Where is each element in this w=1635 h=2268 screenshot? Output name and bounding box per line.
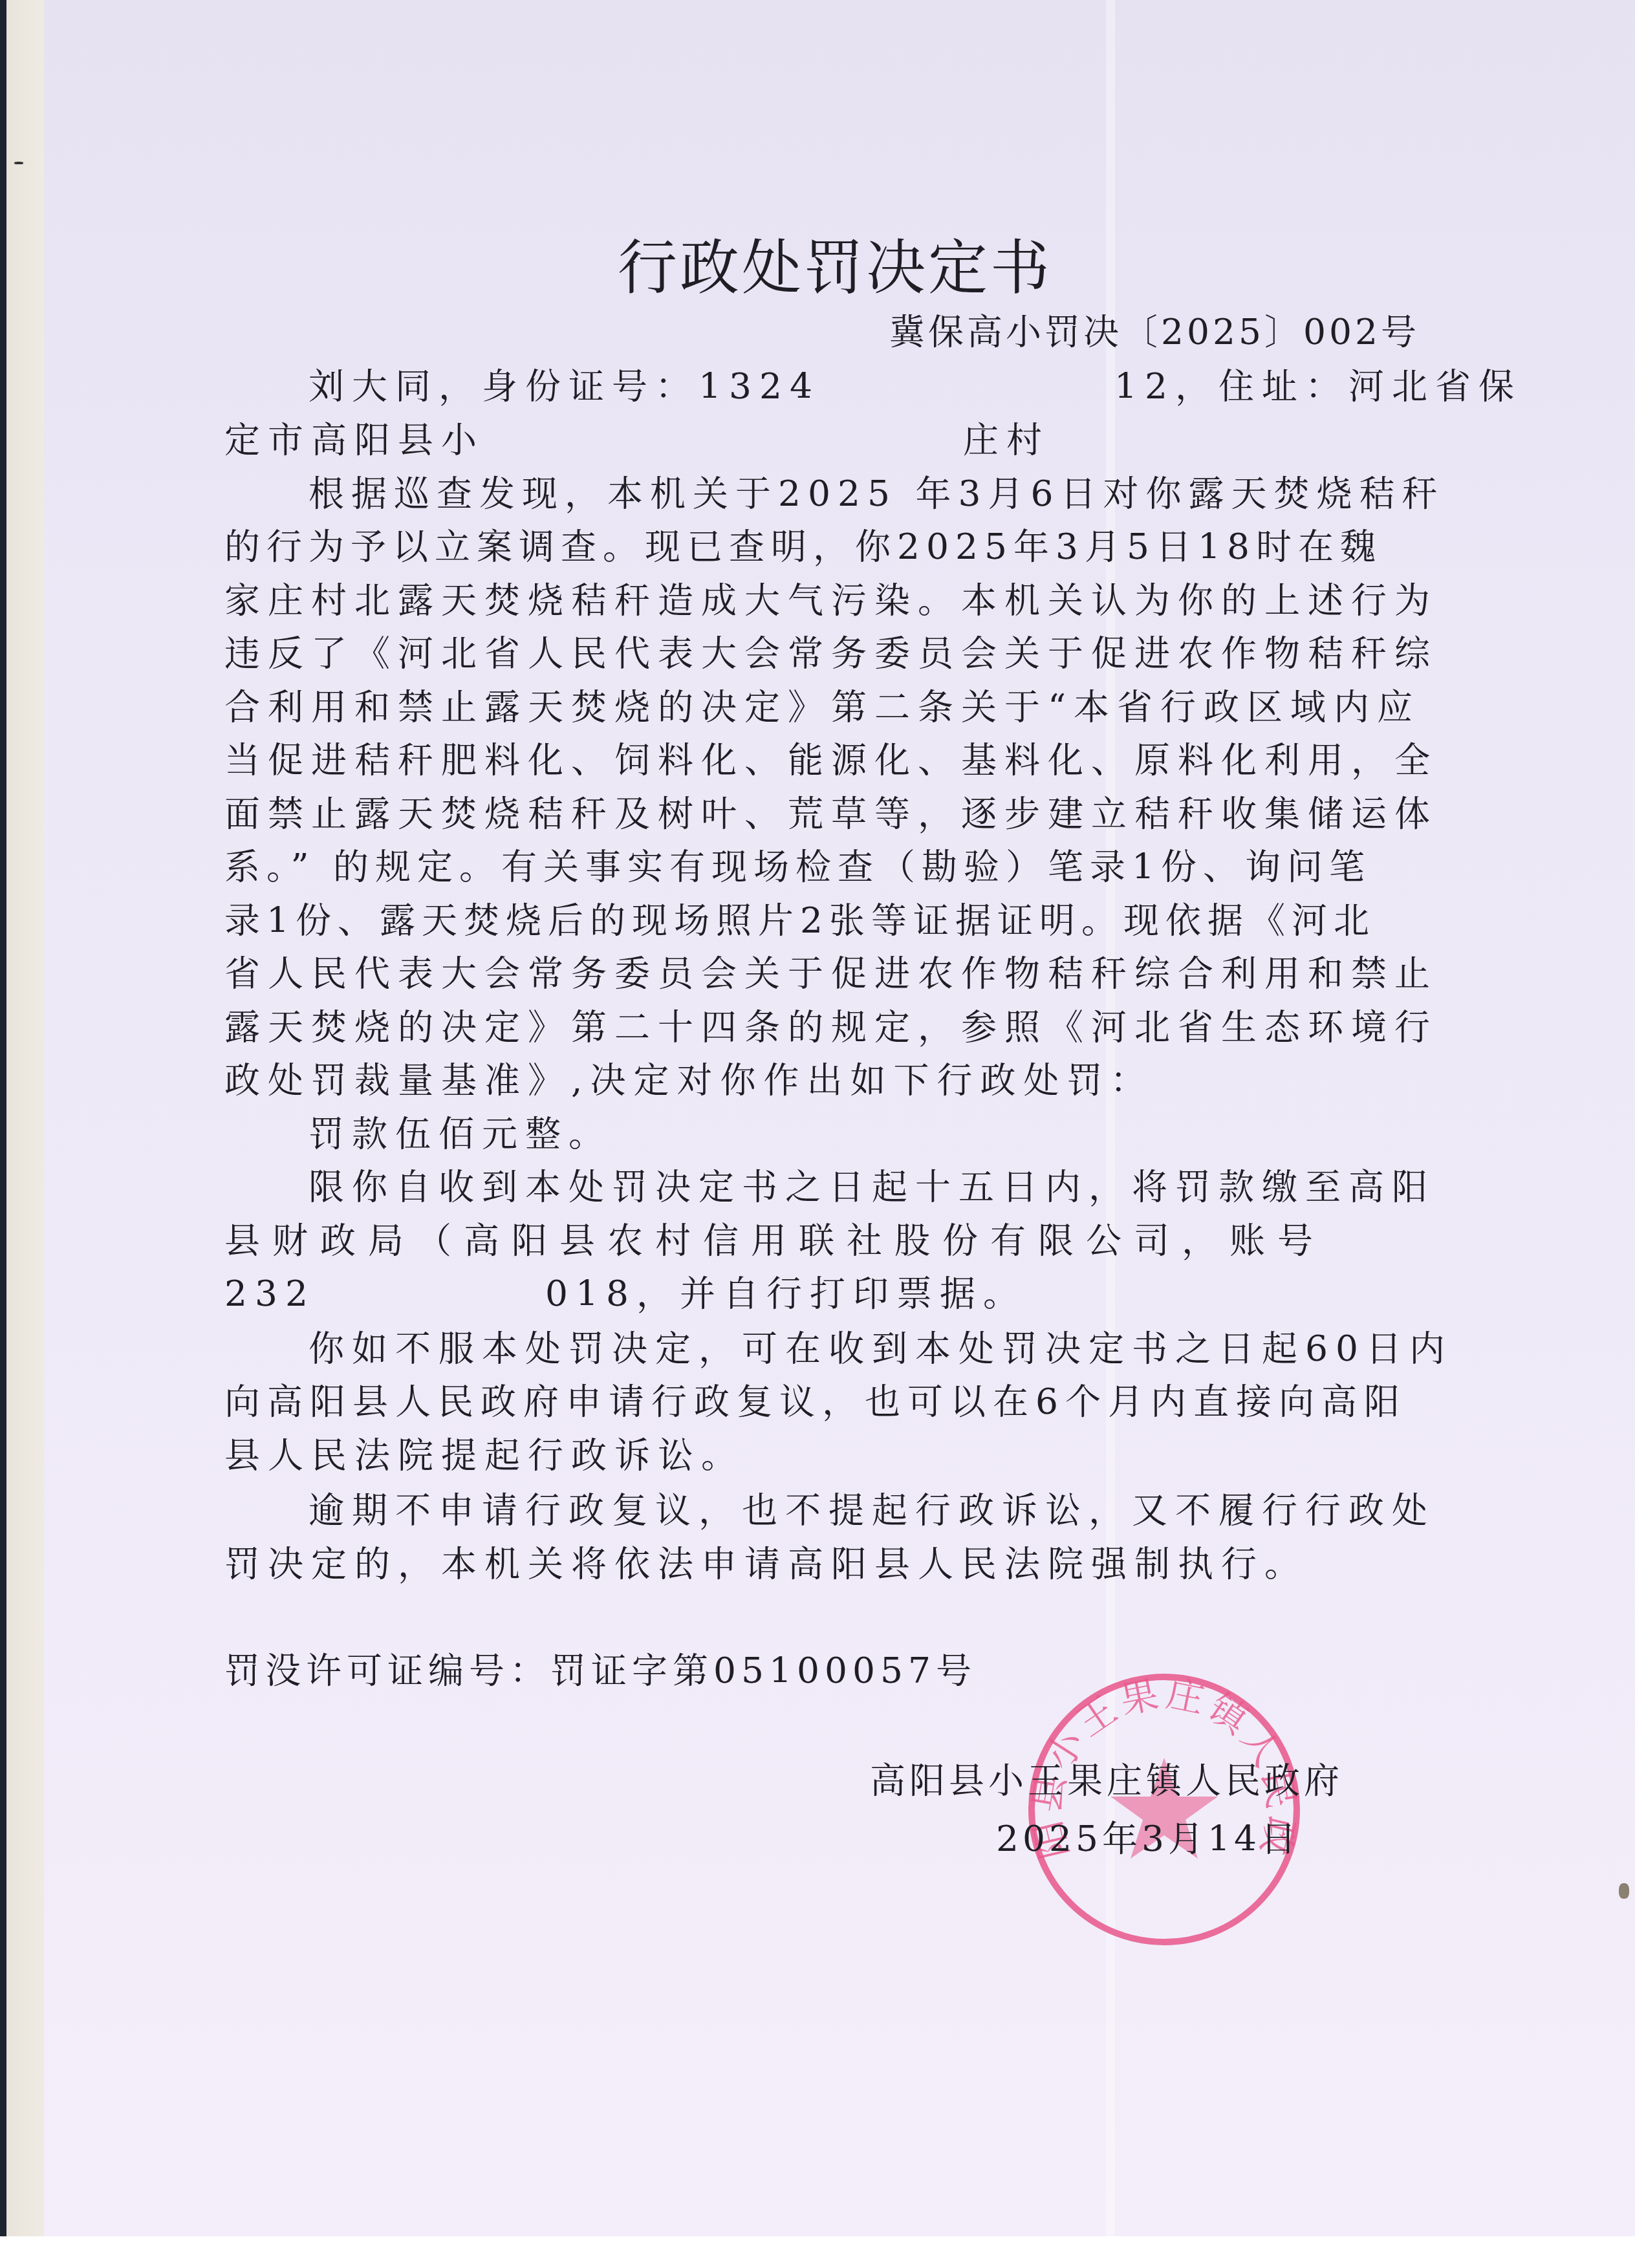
body-line: 省人民代表大会常务委员会关于促进农作物秸秆综合利用和禁止 bbox=[224, 951, 1438, 996]
body-line: 当促进秸秆肥料化、饲料化、能源化、基料化、原料化利用，全 bbox=[224, 737, 1438, 783]
body-line: 根据巡查发现，本机关于2025 年3月6日对你露天焚烧秸秆 bbox=[309, 471, 1444, 516]
body-line: 面禁止露天焚烧秸秆及树叶、荒草等，逐步建立秸秆收集储运体 bbox=[224, 791, 1438, 836]
address-suffix: 庄村 bbox=[963, 419, 1050, 460]
party-line-1: 刘大同，身份证号：132412，住址：河北省保 bbox=[309, 363, 1522, 409]
account-line: 232018，并自行打印票据。 bbox=[224, 1271, 1026, 1316]
appeal-line: 县人民法院提起行政诉讼。 bbox=[224, 1432, 744, 1478]
scan-margin bbox=[6, 0, 44, 2236]
body-line: 合利用和禁止露天焚烧的决定》第二条关于“本省行政区域内应 bbox=[224, 684, 1420, 729]
redacted-address bbox=[484, 424, 963, 462]
penalty-line: 罚款伍佰元整。 bbox=[309, 1111, 612, 1156]
enforcement-line: 逾期不申请行政复议，也不提起行政诉讼，又不履行行政处 bbox=[309, 1487, 1435, 1533]
body-line: 露天焚烧的决定》第二十四条的规定，参照《河北省生态环境行 bbox=[224, 1004, 1438, 1050]
party-line-2: 定市高阳县小庄村 bbox=[224, 417, 1050, 462]
scan-edge bbox=[0, 0, 6, 2236]
redacted-account bbox=[316, 1277, 545, 1316]
issue-date: 2025年3月14日 bbox=[996, 1816, 1300, 1861]
document-number: 冀保高小罚决〔2025〕002号 bbox=[889, 309, 1420, 354]
scan-speck bbox=[1619, 1883, 1629, 1899]
payment-line: 县财政局（高阳县农村信用联社股份有限公司，账号 bbox=[224, 1218, 1325, 1263]
body-line: 家庄村北露天焚烧秸秆造成大气污染。本机关认为你的上述行为 bbox=[224, 578, 1438, 623]
body-line: 系。” 的规定。有关事实有现场检查（勘验）笔录1份、询问笔 bbox=[224, 844, 1371, 889]
body-line: 的行为予以立案调查。现已查明，你2025年3月5日18时在魏 bbox=[224, 524, 1382, 569]
id-number-suffix: 12，住址：河北省保 bbox=[1114, 365, 1522, 407]
scan-speck bbox=[14, 162, 23, 164]
address-prefix: 定市高阳县小 bbox=[224, 419, 484, 460]
payment-line: 限你自收到本处罚决定书之日起十五日内，将罚款缴至高阳 bbox=[309, 1164, 1435, 1209]
appeal-line: 向高阳县人民政府申请行政复议，也可以在6个月内直接向高阳 bbox=[224, 1379, 1407, 1424]
redacted-id bbox=[820, 370, 1114, 409]
issuer-name: 高阳县小王果庄镇人民政府 bbox=[870, 1758, 1343, 1803]
body-line: 违反了《河北省人民代表大会常务委员会关于促进农作物秸秆综 bbox=[224, 631, 1438, 676]
permit-number: 罚没许可证编号：罚证字第05100057号 bbox=[224, 1648, 977, 1693]
party-name-label: 刘大同，身份证号： bbox=[309, 365, 698, 407]
account-suffix: 018，并自行打印票据。 bbox=[545, 1273, 1026, 1314]
enforcement-line: 罚决定的，本机关将依法申请高阳县人民法院强制执行。 bbox=[224, 1541, 1308, 1586]
account-prefix: 232 bbox=[224, 1273, 316, 1314]
body-line: 政处罚裁量基准》,决定对你作出如下行政处罚： bbox=[224, 1057, 1153, 1103]
id-number-prefix: 1324 bbox=[698, 365, 820, 407]
body-line: 录1份、露天焚烧后的现场照片2张等证据证明。现依据《河北 bbox=[224, 898, 1376, 943]
appeal-line: 你如不服本处罚决定，可在收到本处罚决定书之日起60日内 bbox=[309, 1326, 1453, 1371]
document-title: 行政处罚决定书 bbox=[618, 236, 1052, 301]
